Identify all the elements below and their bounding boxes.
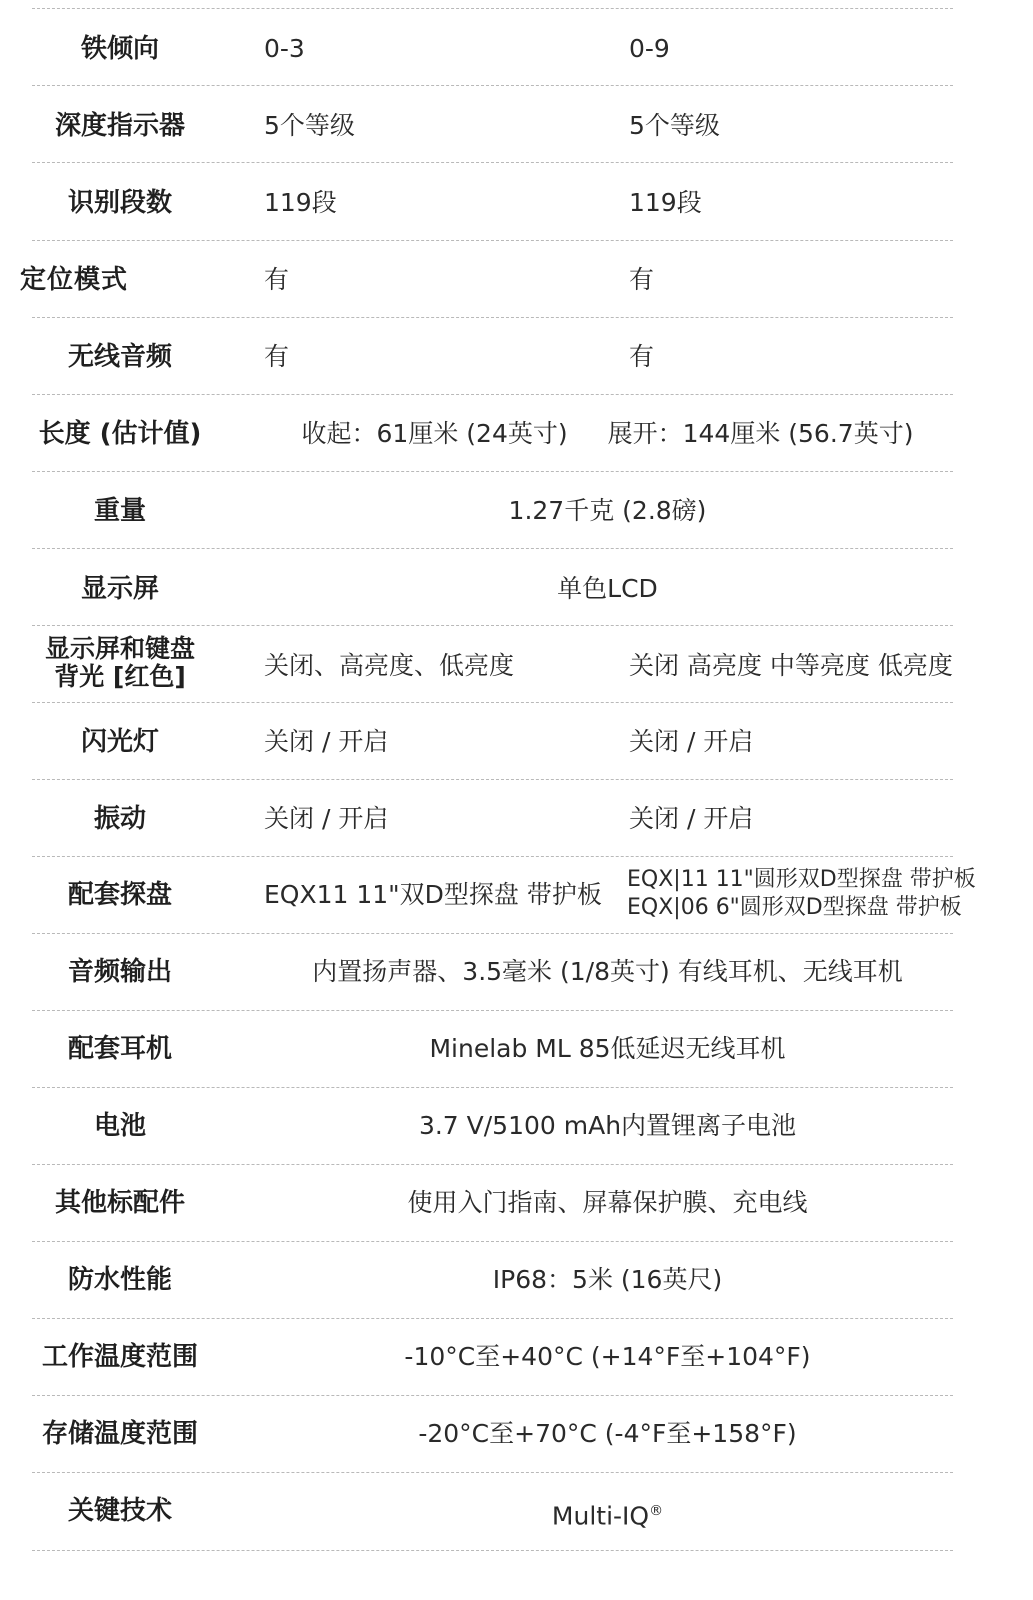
row-label: 关键技术 [20,1496,220,1526]
row-label-line2: 背光 [红色] [20,663,220,691]
model-b-value-line2: EQX|06 6"圆形双D型探盘 带护板 [627,894,962,922]
row-divider [32,856,953,857]
row-divider [32,317,953,318]
row-label: 防水性能 [20,1265,220,1295]
row-divider [32,1010,953,1011]
row-divider [32,1164,953,1165]
shared-value: 使用入门指南、屏幕保护膜、充电线 [220,1188,995,1218]
shared-value: -20°C至+70°C (-4°F至+158°F) [220,1419,995,1449]
row-divider [32,933,953,934]
row-label: 闪光灯 [20,727,220,757]
model-a-value: 关闭 / 开启 [264,804,388,834]
row-divider [32,1395,953,1396]
model-a-value: 关闭、高亮度、低亮度 [264,651,514,681]
row-label: 显示屏和键盘 背光 [红色] [20,635,220,691]
model-a-value: EQX11 11"双D型探盘 带护板 [264,880,602,910]
row-divider [32,8,953,9]
row-divider [32,1318,953,1319]
registered-mark: ® [649,1503,663,1519]
row-label: 配套耳机 [20,1034,220,1064]
row-label: 电池 [20,1111,220,1141]
model-b-value: 0-9 [629,34,670,64]
model-b-value: 关闭 / 开启 [629,804,753,834]
model-a-value: 关闭 / 开启 [264,727,388,757]
shared-value: 单色LCD [220,574,995,604]
model-b-value: 有 [629,342,654,372]
row-divider [32,779,953,780]
row-label: 重量 [20,496,220,526]
row-divider [32,548,953,549]
row-label: 配套探盘 [20,880,220,910]
row-label: 音频输出 [20,957,220,987]
row-label-line1: 显示屏和键盘 [20,635,220,663]
row-divider [32,625,953,626]
model-a-value: 5个等级 [264,111,355,141]
row-divider [32,702,953,703]
shared-value: Multi-IQ® [220,1496,995,1531]
shared-value: 3.7 V/5100 mAh内置锂离子电池 [220,1111,995,1141]
model-a-value: 0-3 [264,34,305,64]
length-values: 收起：61厘米 (24英寸)展开：144厘米 (56.7英寸) [220,419,995,449]
model-b-value: 119段 [629,188,702,218]
row-label: 铁倾向 [20,34,220,64]
model-b-value: 关闭 高亮度 中等亮度 低亮度 [629,651,953,681]
shared-value: Minelab ML 85低延迟无线耳机 [220,1034,995,1064]
row-divider [32,471,953,472]
row-label: 存储温度范围 [20,1419,220,1449]
row-divider [32,240,953,241]
technology-name: Multi-IQ [552,1501,649,1530]
row-divider [32,394,953,395]
row-label: 工作温度范围 [20,1342,220,1372]
shared-value: -10°C至+40°C (+14°F至+104°F) [220,1342,995,1372]
row-label: 识别段数 [20,188,220,218]
model-a-value: 有 [264,342,289,372]
row-divider [32,1472,953,1473]
model-a-value: 119段 [264,188,337,218]
row-label: 无线音频 [20,342,220,372]
row-label: 显示屏 [20,574,220,604]
shared-value: 内置扬声器、3.5毫米 (1/8英寸) 有线耳机、无线耳机 [220,957,995,987]
model-a-value: 有 [264,265,289,295]
row-label: 其他标配件 [20,1188,220,1218]
row-label: 定位模式 [20,265,220,295]
row-label: 深度指示器 [20,111,220,141]
shared-value: 1.27千克 (2.8磅) [220,496,995,526]
extended-length: 展开：144厘米 (56.7英寸) [608,419,914,448]
row-divider [32,162,953,163]
row-divider [32,1087,953,1088]
model-b-value: 5个等级 [629,111,720,141]
row-divider [32,1241,953,1242]
row-divider [32,1550,953,1551]
model-b-value-line1: EQX|11 11"圆形双D型探盘 带护板 [627,866,976,894]
collapsed-length: 收起：61厘米 (24英寸) [302,419,568,448]
model-b-value: 有 [629,265,654,295]
model-b-value: 关闭 / 开启 [629,727,753,757]
row-divider [32,85,953,86]
row-label: 振动 [20,804,220,834]
shared-value: IP68：5米 (16英尺) [220,1265,995,1295]
row-label: 长度 (估计值) [20,419,220,449]
